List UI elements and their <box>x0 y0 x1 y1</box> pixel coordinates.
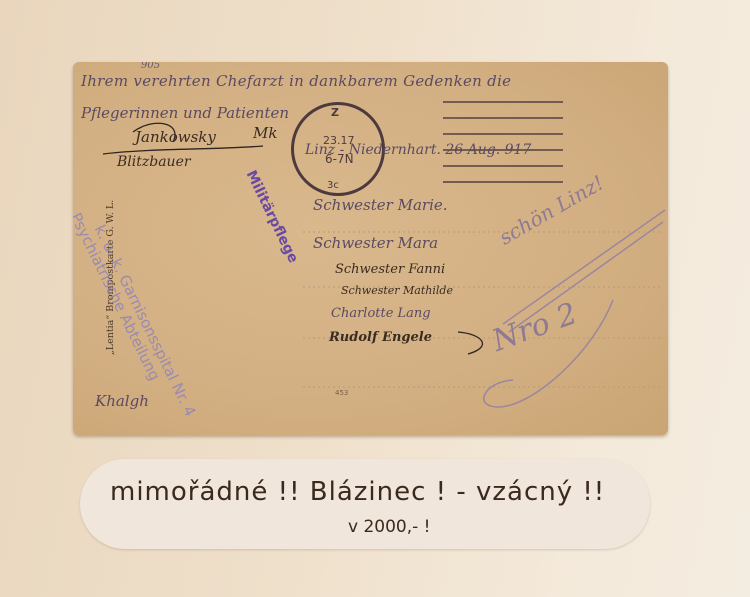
postmark-code: 3c <box>327 180 339 191</box>
message-line-1: Ihrem verehrten Chefarzt in dankbarem Ge… <box>81 72 511 90</box>
place-date: Linz - Niedernhart. 26 Aug. 917 <box>305 142 531 158</box>
signature-right-3: Schwester Fanni <box>335 262 445 277</box>
signature-left-3: Mk <box>253 124 277 142</box>
handwritten-label: mimořádné !! Blázinec ! - vzácný !! v 20… <box>80 459 650 549</box>
postcard: 905 Ihrem verehrten Chefarzt in dankbare… <box>73 62 668 435</box>
signature-left-2: Blitzbauer <box>117 154 191 170</box>
label-price-text: v 2000,- ! <box>348 517 431 537</box>
signature-left-1: Jankowsky <box>135 128 216 146</box>
signature-right-2: Schwester Mara <box>313 234 438 252</box>
message-line-2: Pflegerinnen und Patienten <box>81 104 289 122</box>
signature-right-4: Schwester Mathilde <box>341 284 453 297</box>
signature-bottom-left: Khalgh <box>95 392 149 410</box>
signature-right-1: Schwester Marie. <box>313 196 448 214</box>
signature-right-6: Rudolf Engele <box>329 330 432 345</box>
postmark-top: Z <box>331 106 339 119</box>
signature-right-5: Charlotte Lang <box>331 306 431 321</box>
small-print: 453 <box>335 389 348 397</box>
label-main-text: mimořádné !! Blázinec ! - vzácný !! <box>110 477 605 507</box>
pencil-number: 905 <box>141 62 160 71</box>
